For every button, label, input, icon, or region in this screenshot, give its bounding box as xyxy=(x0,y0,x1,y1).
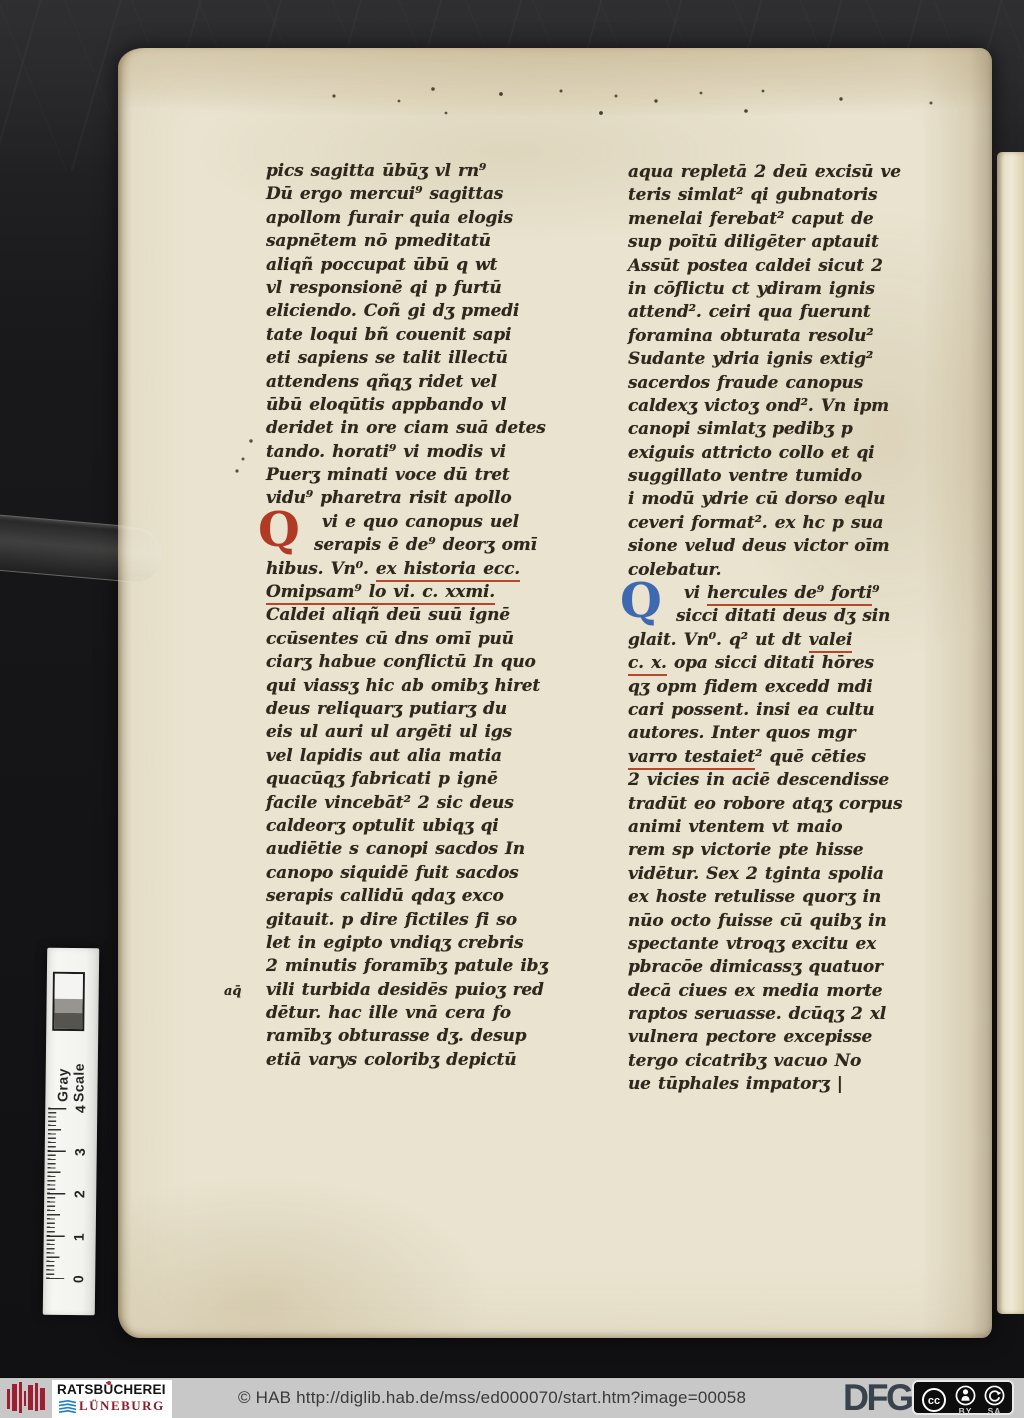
manuscript-line: vidu⁹ pharetra risit apollo xyxy=(266,487,606,510)
manuscript-line: Qvi hercules de⁹ forti⁹ xyxy=(628,582,968,605)
manuscript-line: vidētur. Sex 2 tginta spolia xyxy=(628,863,968,886)
manuscript-line: qʒ opm fidem excedd mdi xyxy=(628,676,968,699)
manuscript-line: teris simlat² qi gubnatoris xyxy=(628,184,968,207)
ruler-number: 3 xyxy=(72,1144,88,1160)
rubric-underline: c. x. xyxy=(628,653,667,676)
manuscript-line: rem sp victorie pte hisse xyxy=(628,839,968,862)
manuscript-line: etiā varys coloribʒ depictū xyxy=(266,1049,606,1072)
ruler-label: Gray Scale xyxy=(54,1030,75,1102)
manuscript-line: qui viassʒ hic ab omibʒ hiret xyxy=(266,675,606,698)
manuscript-line: ceveri format². ex hc p sua xyxy=(628,512,968,535)
ratsbuecherei-bars-icon xyxy=(7,1382,47,1414)
ruler-label-text: Gray Scale xyxy=(54,1030,87,1102)
manuscript-line: sacerdos fraude canopus xyxy=(628,372,968,395)
manuscript-line: animi vtentem vt maio xyxy=(628,816,968,839)
manuscript-line: serapis callidū qdaʒ exco xyxy=(266,885,606,908)
manuscript-line: exiguis attricto collo et qi xyxy=(628,442,968,465)
cc-by-label: BY xyxy=(959,1407,973,1415)
manuscript-line: ūbū eloqūtis appbando vl xyxy=(266,394,606,417)
manuscript-line: nūo octo fuisse cū quibʒ in xyxy=(628,910,968,933)
rubric-underline: varro testaiet xyxy=(628,747,755,770)
copyright-url: © HAB http://diglib.hab.de/mss/ed000070/… xyxy=(238,1388,746,1408)
ruler-ticks-major xyxy=(46,1108,66,1279)
manuscript-line: audiētie s canopi sacdos In xyxy=(266,838,606,861)
manuscript-line: ciarʒ habue conflictū In quo xyxy=(266,651,606,674)
manuscript-line: aliqñ poccupat ūbū q wt xyxy=(266,254,606,277)
logo-row-lueneburg: LÜNEBURG xyxy=(52,1398,172,1414)
manuscript-line: sapnētem nō pmeditatū xyxy=(266,230,606,253)
manuscript-line: dētur. hac ille vnā cera fo xyxy=(266,1002,606,1025)
manuscript-line: ramībʒ obturasse dʒ. desup xyxy=(266,1025,606,1048)
svg-text:cc: cc xyxy=(928,1395,940,1407)
gray-scale-ruler: Gray Scale 43210 xyxy=(43,948,99,1316)
manuscript-line: vulnera pectore excepisse xyxy=(628,1026,968,1049)
manuscript-line: caldexʒ victoʒ ond². Vn ipm xyxy=(628,395,968,418)
manuscript-column-right: aqua repletā 2 deū excisū veteris simlat… xyxy=(628,161,968,1097)
manuscript-line: canopi simlatʒ pedibʒ p xyxy=(628,418,968,441)
manuscript-line: c. x. opa sicci ditati hōres xyxy=(628,652,968,675)
manuscript-line: tando. horati⁹ vi modis vi xyxy=(266,441,606,464)
manuscript-line: sicci ditati deus dʒ sin xyxy=(628,605,968,628)
facing-page-edge xyxy=(997,152,1024,1314)
manuscript-column-left: pics sagitta ūbūʒ vl rn⁹Dū ergo mercui⁹ … xyxy=(266,160,606,1072)
gray-patch-dark xyxy=(54,1013,82,1029)
cc-sa-block: SA xyxy=(984,1385,1005,1415)
manuscript-line: quacūqʒ fabricati p ignē xyxy=(266,768,606,791)
manuscript-line: Assūt postea caldei sicut 2 xyxy=(628,255,968,278)
gray-scale-patches xyxy=(52,972,85,1031)
logo-text-lueneburg: LÜNEBURG xyxy=(79,1398,165,1414)
gray-patch-white xyxy=(55,974,83,999)
manuscript-line: suggillato ventre tumido xyxy=(628,465,968,488)
logo-text-ratsbuecherei: RATSBÜCHEREI xyxy=(52,1383,172,1397)
rubric-underline: hercules de⁹ forti xyxy=(707,583,872,606)
attribution-bar: RATSBÜCHEREI LÜNEBURG © HAB http://digli… xyxy=(0,1378,1024,1418)
ratsbuecherei-logo: RATSBÜCHEREI LÜNEBURG xyxy=(52,1380,172,1418)
ruler-ticks xyxy=(46,1108,68,1279)
manuscript-line: cari possent. insi ea cultu xyxy=(628,699,968,722)
manuscript-line: vl responsionē qi p furtū xyxy=(266,277,606,300)
ruler-number: 2 xyxy=(71,1186,87,1202)
manuscript-line: tradūt eo robore atqʒ corpus xyxy=(628,793,968,816)
manuscript-line: i modū ydrie cū dorso eqlu xyxy=(628,488,968,511)
manuscript-line: foramina obturata resolu² xyxy=(628,325,968,348)
manuscript-line: tate loqui bñ couenit sapi xyxy=(266,324,606,347)
cc-icon: cc xyxy=(921,1387,947,1413)
lueneburg-waves-icon xyxy=(59,1400,76,1413)
manuscript-line: Puerʒ minati voce dū tret xyxy=(266,464,606,487)
manuscript-line: in cōflictu ct ydiram ignis xyxy=(628,278,968,301)
manuscript-line: varro testaiet² quē cēties xyxy=(628,746,968,769)
manuscript-line: ue tūphales impatorʒ | xyxy=(628,1073,968,1096)
margin-note: aq̄ xyxy=(224,980,242,1003)
cc-sa-icon xyxy=(984,1385,1005,1406)
manuscript-line: sup poītū diligēter aptauit xyxy=(628,231,968,254)
rubric-underline: Omipsam⁹ lo vi. c. xxmi. xyxy=(266,582,495,605)
rubric-underline: ex historia ecc. xyxy=(376,559,520,582)
manuscript-line: serapis ē de⁹ deorʒ omī xyxy=(266,534,606,557)
ruler-number: 4 xyxy=(72,1101,88,1117)
manuscript-line: Omipsam⁹ lo vi. c. xxmi. xyxy=(266,581,606,604)
logo-line1-text: RATSBÜCHEREI xyxy=(57,1382,166,1397)
photo-stage: pics sagitta ūbūʒ vl rn⁹Dū ergo mercui⁹ … xyxy=(0,0,1024,1378)
manuscript-line: gitauit. p dire fictiles fi so xyxy=(266,909,606,932)
ruler-number: 1 xyxy=(71,1229,87,1245)
cc-sa-label: SA xyxy=(988,1407,1002,1415)
manuscript-line: menelai ferebat² caput de xyxy=(628,208,968,231)
manuscript-line: aqua repletā 2 deū excisū ve xyxy=(628,161,968,184)
manuscript-line: let in egipto vndiqʒ crebris xyxy=(266,932,606,955)
manuscript-line: 2 vicies in aciē descendisse xyxy=(628,769,968,792)
manuscript-line: aq̄vili turbida desidēs puioʒ red xyxy=(266,979,606,1002)
manuscript-line: hibus. Vn⁰. ex historia ecc. xyxy=(266,558,606,581)
cc-license-badge: cc BY SA xyxy=(912,1380,1014,1415)
manuscript-line: decā ciues ex media morte xyxy=(628,980,968,1003)
manuscript-line: Qvi e quo canopus uel xyxy=(266,511,606,534)
manuscript-line: attend². ceiri qua fuerunt xyxy=(628,301,968,324)
ruler-numbers: 43210 xyxy=(70,1101,88,1287)
manuscript-line: eliciendo. Coñ gi dʒ pmedi xyxy=(266,300,606,323)
ink-specks xyxy=(118,48,120,50)
manuscript-line: tergo cicatribʒ vacuo No xyxy=(628,1050,968,1073)
manuscript-line: attendens qñqʒ ridet vel xyxy=(266,371,606,394)
gray-patch-mid xyxy=(54,999,82,1014)
manuscript-line: vel lapidis aut alia matia xyxy=(266,745,606,768)
cc-by-block: BY xyxy=(955,1385,976,1415)
manuscript-line: facile vincebāt² 2 sic deus xyxy=(266,792,606,815)
manuscript-line: Sudante ydria ignis extig² xyxy=(628,348,968,371)
ruler-number: 0 xyxy=(70,1271,86,1287)
manuscript-line: caldeorʒ optulit ubiqʒ qi xyxy=(266,815,606,838)
manuscript-line: apollom furair quia elogis xyxy=(266,207,606,230)
manuscript-line: autores. Inter quos mgr xyxy=(628,722,968,745)
manuscript-line: eis ul auri ul argēti ul igs xyxy=(266,721,606,744)
manuscript-line: ex hoste retulisse quorʒ in xyxy=(628,886,968,909)
dfg-logo: DFG xyxy=(843,1378,912,1418)
manuscript-line: pbracōe dimicassʒ quatuor xyxy=(628,956,968,979)
manuscript-page: pics sagitta ūbūʒ vl rn⁹Dū ergo mercui⁹ … xyxy=(118,48,992,1338)
manuscript-line: canopo siquidē fuit sacdos xyxy=(266,862,606,885)
manuscript-line: pics sagitta ūbūʒ vl rn⁹ xyxy=(266,160,606,183)
cc-by-icon xyxy=(955,1385,976,1406)
manuscript-line: deridet in ore ciam suā detes xyxy=(266,417,606,440)
manuscript-line: raptos seruasse. dcūqʒ 2 xl xyxy=(628,1003,968,1026)
manuscript-line: 2 minutis foramībʒ patule ibʒ xyxy=(266,955,606,978)
logo-red-dot xyxy=(107,1381,111,1385)
manuscript-line: glait. Vn⁰. q² ut dt valei xyxy=(628,629,968,652)
manuscript-line: spectante vtroqʒ excitu ex xyxy=(628,933,968,956)
manuscript-line: Caldei aliqñ deū suū ignē xyxy=(266,604,606,627)
manuscript-line: ccūsentes cū dns omī puū xyxy=(266,628,606,651)
manuscript-line: eti sapiens se talit illectū xyxy=(266,347,606,370)
manuscript-line: sione velud deus victor oīm xyxy=(628,535,968,558)
manuscript-line: Dū ergo mercui⁹ sagittas xyxy=(266,183,606,206)
manuscript-line: colebatur. xyxy=(628,559,968,582)
rubric-underline: valei xyxy=(809,630,853,653)
manuscript-line: deus reliquarʒ putiarʒ du xyxy=(266,698,606,721)
